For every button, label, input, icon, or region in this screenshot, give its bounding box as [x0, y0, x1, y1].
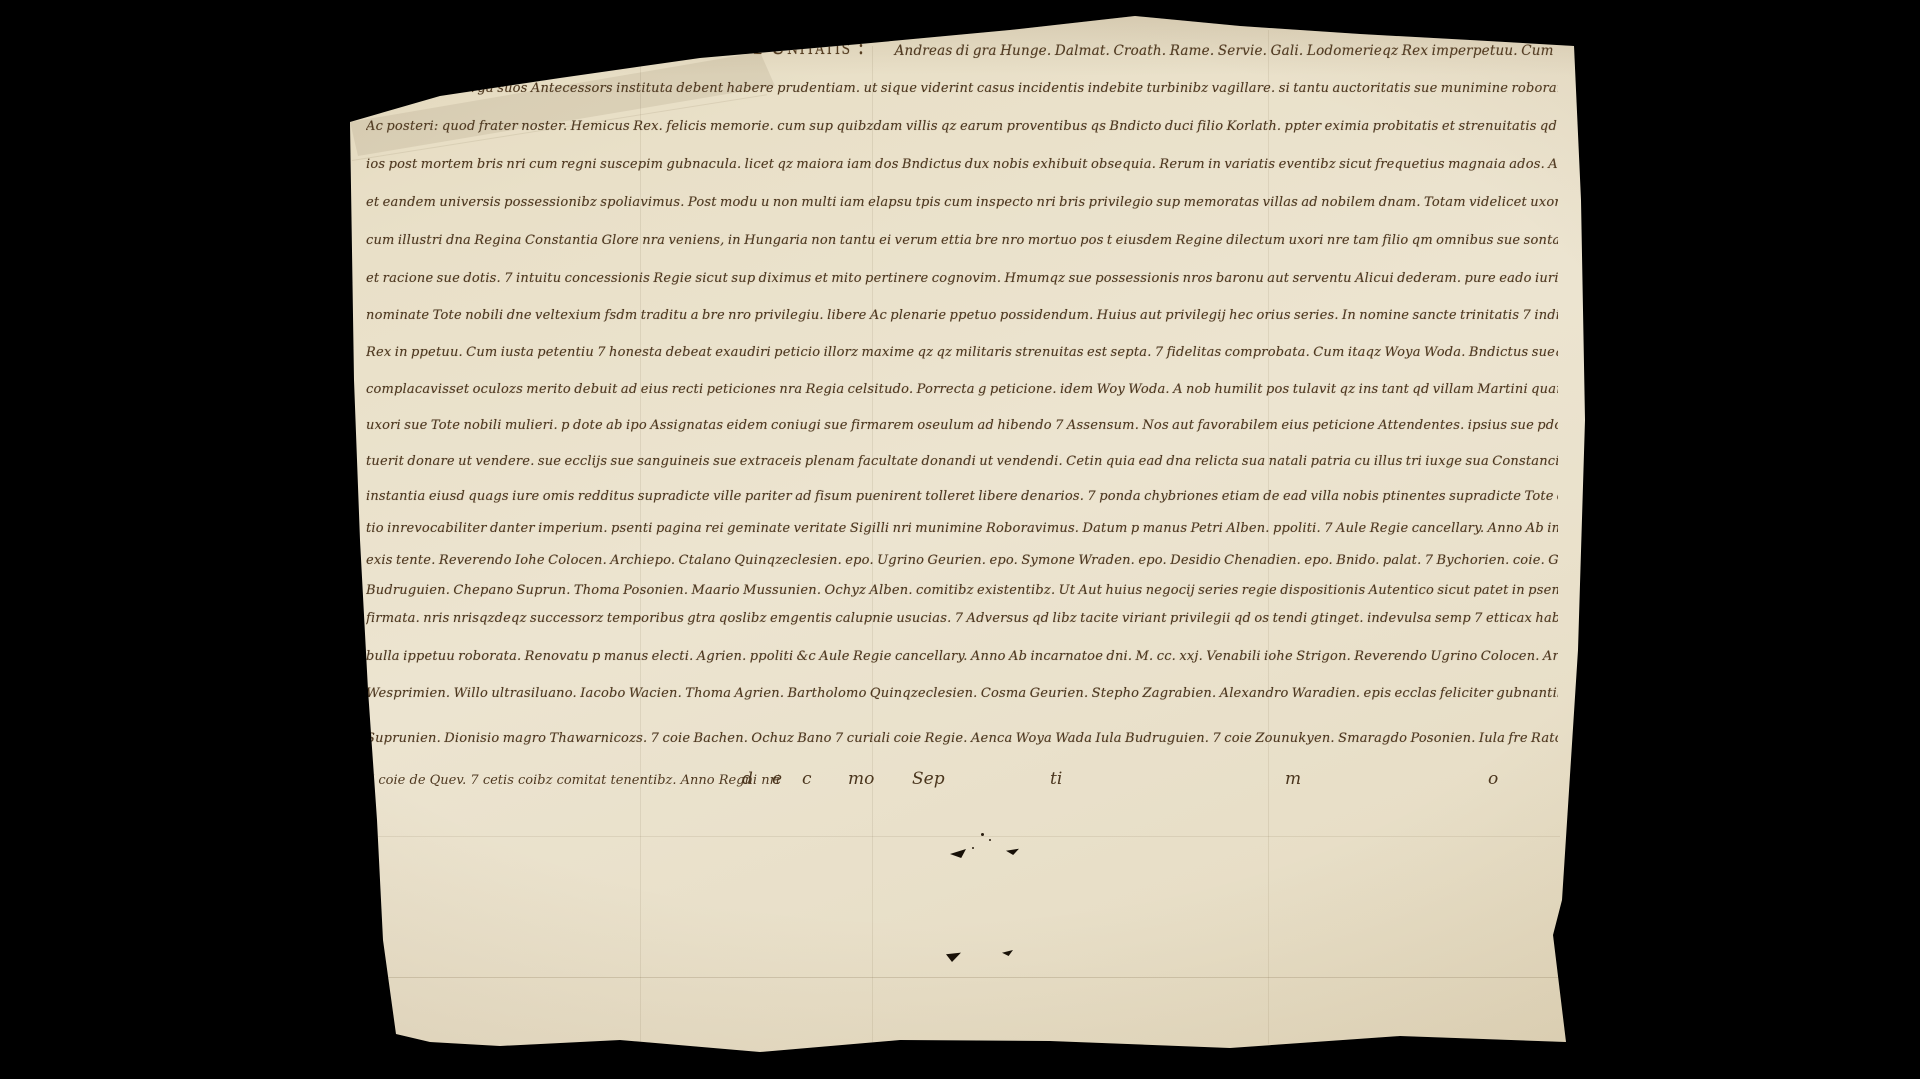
regnal-year-token: Sep — [912, 769, 945, 789]
opening-royal-intitulatio: Andreas di gra Hunge. Dalmat. Croath. Ra… — [895, 43, 1554, 59]
manuscript-line: Suprunien. Dionisio magro Thawarnicozs. … — [366, 731, 1558, 746]
regnal-year-token: e — [772, 769, 782, 789]
seal-slit-mark — [950, 849, 966, 858]
regnal-year-token: mo — [848, 769, 874, 789]
fold-crease — [360, 836, 1560, 837]
manuscript-line: tuerit donare ut vendere. sue ecclijs su… — [366, 454, 1558, 469]
regnal-year-token: m — [1285, 769, 1301, 789]
regnal-year-token: ti — [1050, 769, 1062, 789]
manuscript-line: cum illustri dna Regina Constantia Glore… — [366, 233, 1558, 248]
manuscript-line: firmata. nris nrisqzdeqz successorz temp… — [366, 611, 1558, 626]
seal-slit-mark — [1006, 848, 1019, 855]
regnal-year-token: c — [802, 769, 812, 789]
regnal-year-token: d — [742, 769, 753, 789]
manuscript-line: tam diligntem erga suos Antecessors inst… — [366, 81, 1558, 96]
regnal-year-prefix: 7 coie de Quev. 7 cetis coibz comitat te… — [366, 773, 780, 788]
regnal-year-line: 7 coie de Quev. 7 cetis coibz comitat te… — [366, 769, 1558, 799]
manuscript-line: nominate Tote nobili dne veltexium fsdm … — [366, 308, 1558, 323]
manuscript-line: complacavisset oculozs merito debuit ad … — [366, 382, 1558, 397]
manuscript-line: tio inrevocabiliter danter imperium. pse… — [366, 521, 1558, 536]
seal-slit-mark — [946, 951, 961, 962]
fold-crease — [1268, 30, 1269, 1044]
ink-dot — [972, 847, 974, 849]
manuscript-line: exis tente. Reverendo Iohe Colocen. Arch… — [366, 553, 1558, 568]
fold-crease — [350, 977, 1565, 978]
seal-slit-mark — [1002, 950, 1013, 956]
manuscript-line: et racione sue dotis. 7 intuitu concessi… — [366, 271, 1558, 286]
manuscript-line: et eandem universis possessionibz spolia… — [366, 195, 1558, 210]
manuscript-line: Rex in ppetuu. Cum iusta petentiu 7 hone… — [366, 345, 1558, 360]
manuscript-line: ios post mortem bris nri cum regni susce… — [366, 157, 1558, 172]
regnal-year-token: o — [1488, 769, 1498, 789]
manuscript-line: uxori sue Tote nobili mulieri. p dote ab… — [366, 418, 1558, 433]
manuscript-line: Budruguien. Chepano Suprun. Thoma Posoni… — [366, 583, 1558, 598]
ink-dot — [981, 833, 984, 836]
manuscript-line: bulla ippetuu roborata. Renovatu p manus… — [366, 649, 1558, 664]
manuscript-line: Ac posteri: quod frater noster. Hemicus … — [366, 119, 1558, 134]
manuscript-line: Wesprimien. Willo ultrasiluano. Iacobo W… — [366, 686, 1558, 701]
manuscript-line: instantia eiusd quags iure omis redditus… — [366, 489, 1558, 504]
ink-dot — [989, 839, 991, 841]
